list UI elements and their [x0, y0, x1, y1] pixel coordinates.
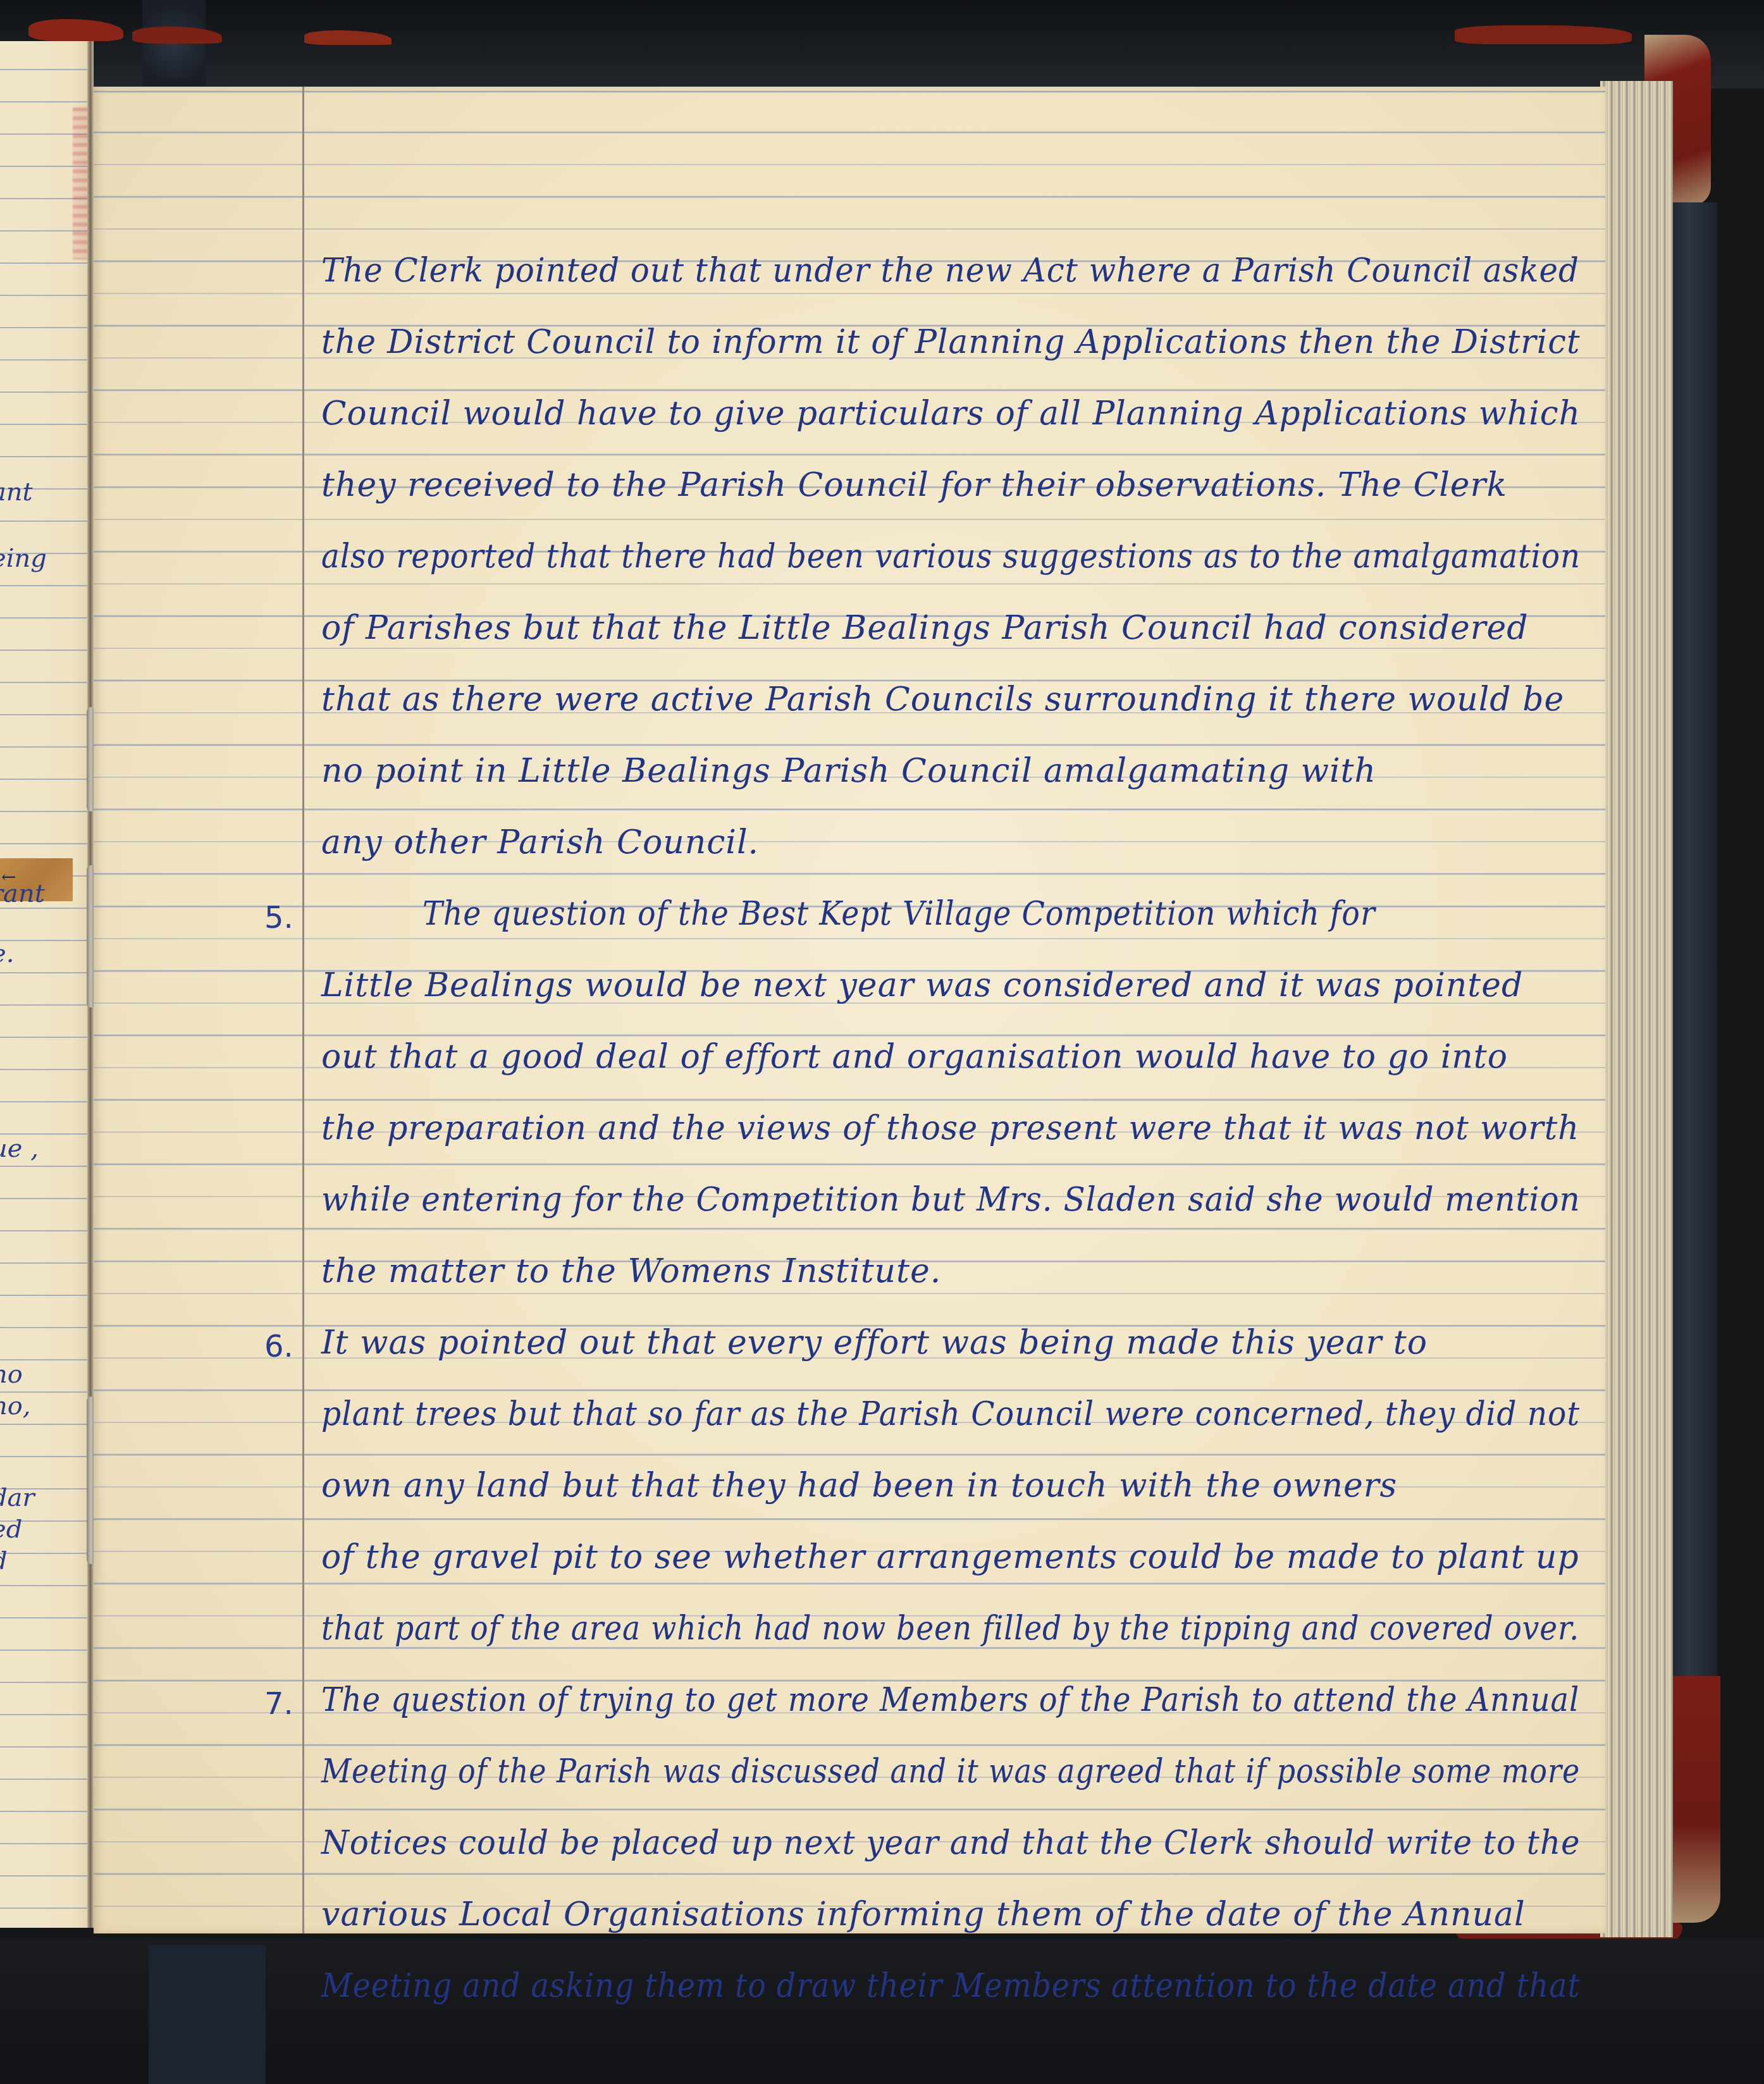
handwritten-line: while entering for the Competition but M…	[321, 1183, 1532, 1216]
text-fragment: no,	[0, 1391, 31, 1421]
handwritten-line: own any land but that they had been in t…	[321, 1469, 1580, 1502]
left-page	[0, 41, 90, 1928]
handwritten-line: the matter to the Womens Institute.	[321, 1255, 1580, 1288]
handwritten-line: of Parishes but that the Little Bealings…	[321, 612, 1580, 644]
text-fragment: dar	[0, 1483, 35, 1512]
leather-corner-bottom-right	[1670, 1676, 1720, 1923]
handwritten-line: Meeting of the Parish was discussed and …	[321, 1755, 1438, 1788]
handwritten-line: the preparation and the views of those p…	[321, 1112, 1556, 1145]
handwritten-line: that as there were active Parish Council…	[321, 683, 1580, 716]
cover-cloth-right	[1670, 202, 1717, 1689]
page-edges-stack	[1600, 81, 1673, 1937]
handwritten-line: they received to the Parish Council for …	[321, 469, 1580, 502]
handwritten-line: The question of the Best Kept Village Co…	[422, 897, 1574, 930]
item-number: 7.	[264, 1686, 293, 1722]
text-fragment: ed	[0, 1515, 22, 1544]
ruled-lines	[0, 41, 90, 1928]
text-fragment: ant	[0, 478, 33, 507]
item-number: 6.	[264, 1329, 293, 1364]
text-fragment: e.	[0, 939, 14, 968]
handwritten-line: The question of trying to get more Membe…	[321, 1684, 1481, 1717]
handwritten-line: Notices could be placed up next year and…	[321, 1827, 1532, 1859]
handwritten-line: that part of the area which had now been…	[321, 1612, 1463, 1645]
book-cover-top	[0, 0, 1764, 89]
item-number: 5.	[264, 900, 293, 935]
handwritten-line: of the gravel pit to see whether arrange…	[321, 1541, 1576, 1574]
handwritten-line: Little Bealings would be next year was c…	[321, 969, 1580, 1002]
handwritten-line: also reported that there had been variou…	[321, 540, 1491, 573]
text-fragment: eing	[0, 544, 47, 573]
handwritten-line: the District Council to inform it of Pla…	[321, 326, 1564, 359]
handwritten-line: It was pointed out that every effort was…	[321, 1326, 1580, 1359]
spine-cloth	[142, 0, 206, 89]
text-fragment: ue ,	[0, 1134, 39, 1163]
handwritten-line: no point in Little Bealings Parish Counc…	[321, 755, 1580, 787]
handwritten-line: plant trees but that so far as the Paris…	[321, 1398, 1502, 1431]
leather-binding-top-right	[1455, 25, 1632, 44]
spine-cloth-bottom	[149, 1945, 266, 2084]
handwritten-line: The Clerk pointed out that under the new…	[321, 254, 1528, 287]
margin-rule	[302, 87, 304, 1933]
right-page: The Clerk pointed out that under the new…	[94, 87, 1605, 1933]
handwritten-line: out that a good deal of effort and organ…	[321, 1040, 1580, 1073]
handwritten-line: Meeting and asking them to draw their Me…	[321, 1970, 1474, 2002]
handwritten-line: various Local Organisations informing th…	[321, 1898, 1580, 1931]
ruled-lines	[94, 87, 1605, 1933]
handwritten-line: Council would have to give particulars o…	[321, 397, 1571, 430]
text-fragment: rant	[0, 879, 45, 908]
handwritten-line: any other Parish Council.	[321, 826, 1580, 859]
text-fragment: d	[0, 1546, 8, 1575]
text-fragment: no	[0, 1360, 23, 1389]
